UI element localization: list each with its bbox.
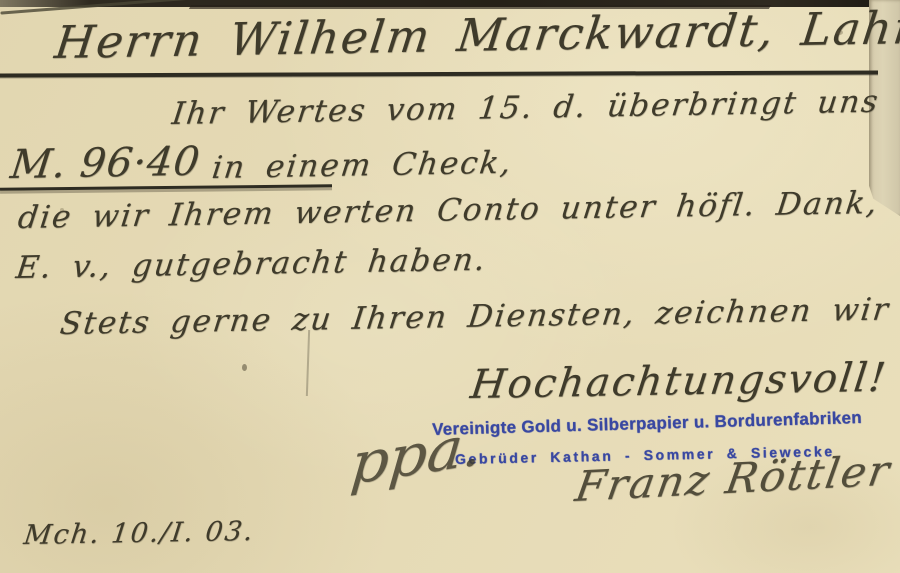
body-line-1: Ihr Wertes vom 15. d. überbringt uns (170, 84, 882, 132)
procura-initials: ppa. (348, 411, 485, 498)
body-line-2: in einem Check, (210, 145, 515, 186)
body-line-4: E. v., gutgebracht haben. (14, 242, 489, 286)
scanned-letter-page: Herrn Wilhelm Marckwardt, Lahr. Ihr Wert… (0, 0, 900, 573)
paper-blemish (242, 364, 247, 371)
paper-blemish (836, 30, 843, 35)
company-stamp-line-1: Vereinigte Gold u. Silberpapier u. Bordu… (432, 408, 862, 440)
body-line-3: die wir Ihrem werten Conto unter höfl. D… (16, 185, 881, 236)
recipient-line: Herrn Wilhelm Marckwardt, Lahr. (52, 1, 900, 69)
closing-salutation: Hochachtungsvoll! (468, 355, 890, 408)
recipient-underline-rule (0, 70, 878, 77)
paper-blemish (60, 208, 64, 212)
paper-scratch (306, 330, 310, 396)
date-line: Mch. 10./I. 03. (22, 516, 256, 551)
amount-value: M. 96·40 (8, 139, 203, 188)
body-line-5: Stets gerne zu Ihren Diensten, zeichnen … (58, 292, 892, 342)
